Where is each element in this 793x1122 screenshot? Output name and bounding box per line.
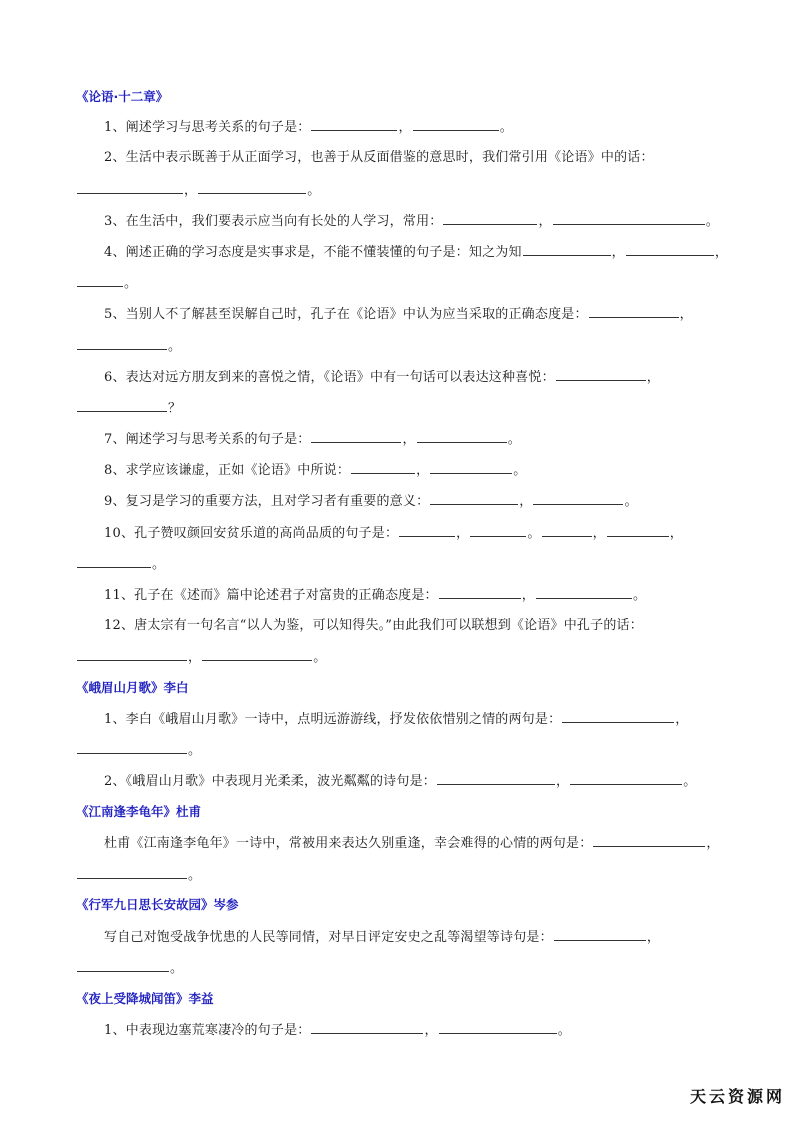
answer-blank[interactable] [77, 555, 151, 568]
punct: ， [184, 183, 197, 198]
answer-blank[interactable] [198, 181, 306, 194]
punct: ， [593, 526, 606, 541]
question-3: 3、在生活中，我们要表示应当向有长处的人学习，常用：，。 [104, 212, 719, 231]
question-6: 6、表达对远方朋友到来的喜悦之情，《论语》中有一句话可以表达这种喜悦：， [104, 368, 660, 387]
question-2: 2、生活中表示既善于从正面学习，也善于从反面借鉴的意思时，我们常引用《论语》中的… [104, 149, 654, 167]
answer-blank[interactable] [430, 492, 518, 505]
answer-blank[interactable] [77, 741, 187, 754]
answer-blank[interactable] [77, 399, 167, 412]
question-12-answers: ，。 [76, 648, 326, 667]
punct: 。 [558, 1023, 571, 1038]
question-8: 8、求学应该谦虚，正如《论语》中所说：，。 [104, 461, 526, 480]
answer-blank[interactable] [626, 243, 714, 256]
punct: ， [402, 432, 415, 447]
answer-blank[interactable] [589, 305, 679, 318]
question-text: 10、孔子赞叹颜回安贫乐道的高尚品质的句子是： [104, 526, 398, 541]
answer-blank[interactable] [77, 181, 183, 194]
punct: 。 [307, 183, 320, 198]
punct: ， [398, 120, 411, 135]
section-heading: 《夜上受降城闻笛》李益 [76, 990, 214, 1008]
answer-blank[interactable] [533, 492, 623, 505]
question-4-answers: 。 [76, 274, 137, 293]
answer-blank[interactable] [77, 866, 187, 879]
punct: ， [522, 588, 535, 603]
answer-blank[interactable] [77, 274, 123, 287]
answer-blank[interactable] [554, 928, 646, 941]
answer-blank[interactable] [570, 772, 682, 785]
question-6-answers: ？ [76, 399, 181, 418]
punct: 。 [513, 463, 526, 478]
question-10-answers: 。 [76, 555, 165, 574]
question-text: 8、求学应该谦虚，正如《论语》中所说： [104, 463, 350, 478]
punct: ， [519, 494, 532, 509]
answer-blank[interactable] [607, 524, 669, 537]
punct: ， [670, 526, 683, 541]
answer-blank[interactable] [399, 524, 455, 537]
punct: ， [424, 1023, 437, 1038]
punct: ， [680, 307, 693, 322]
answer-blank[interactable] [523, 243, 611, 256]
watermark-logo: 天云资源网 [690, 1084, 785, 1107]
punct: 。 [313, 650, 326, 665]
punct: ， [416, 463, 429, 478]
punct: 。 [124, 276, 137, 291]
answer-blank[interactable] [351, 461, 415, 474]
question-10: 10、孔子赞叹颜回安贫乐道的高尚品质的句子是：，。，， [104, 524, 683, 543]
answer-blank[interactable] [470, 524, 526, 537]
answer-blank[interactable] [437, 772, 555, 785]
answer-blank[interactable] [553, 212, 705, 225]
punct: ？ [168, 401, 181, 416]
answer-blank[interactable] [542, 524, 592, 537]
answer-blank[interactable] [311, 1021, 423, 1034]
question-text: 12、唐太宗有一句名言“以人为鉴，可以知得失。”由此我们可以联想到《论语》中孔子… [104, 618, 643, 633]
punct: 。 [633, 588, 646, 603]
punct: 。 [500, 120, 513, 135]
question-1-answers: 。 [76, 866, 201, 885]
question-text: 5、当别人不了解甚至误解自己时，孔子在《论语》中认为应当采取的正确态度是： [104, 307, 588, 322]
question-5: 5、当别人不了解甚至误解自己时，孔子在《论语》中认为应当采取的正确态度是：， [104, 305, 693, 324]
answer-blank[interactable] [562, 710, 674, 723]
section-heading: 《论语·十二章》 [76, 88, 168, 106]
question-9: 9、复习是学习的重要方法，且对学习者有重要的意义：，。 [104, 492, 638, 511]
question-text: 6、表达对远方朋友到来的喜悦之情，《论语》中有一句话可以表达这种喜悦： [104, 370, 555, 385]
punct: ， [647, 370, 660, 385]
punct: 。 [152, 557, 165, 572]
punct: 。 [527, 526, 540, 541]
answer-blank[interactable] [417, 430, 507, 443]
question-text: 1、中表现边塞荒寒凄冷的句子是： [104, 1023, 310, 1038]
section-heading: 《行军九日思长安故园》岑参 [76, 896, 239, 914]
question-4: 4、阐述正确的学习态度是实事求是，不能不懂装懂的句子是：知之为知，， [104, 243, 728, 262]
answer-blank[interactable] [77, 648, 187, 661]
question-text: 2、生活中表示既善于从正面学习，也善于从反面借鉴的意思时，我们常引用《论语》中的… [104, 150, 654, 165]
question-1: 1、中表现边塞荒寒凄冷的句子是：，。 [104, 1021, 571, 1040]
answer-blank[interactable] [413, 118, 499, 131]
question-12: 12、唐太宗有一句名言“以人为鉴，可以知得失。”由此我们可以联想到《论语》中孔子… [104, 617, 643, 635]
answer-blank[interactable] [77, 337, 167, 350]
question-text: 11、孔子在《述而》篇中论述君子对富贵的正确态度是： [104, 588, 438, 603]
punct: ， [706, 836, 719, 851]
answer-blank[interactable] [77, 959, 169, 972]
question-1: 1、阐述学习与思考关系的句子是：，。 [104, 118, 513, 137]
question-text: 9、复习是学习的重要方法，且对学习者有重要的意义： [104, 494, 429, 509]
section-heading: 《峨眉山月歌》李白 [76, 679, 189, 697]
answer-blank[interactable] [439, 1021, 557, 1034]
punct: 。 [706, 214, 719, 229]
question-1-answers: 。 [76, 959, 183, 978]
question-2-answers: ，。 [76, 181, 320, 200]
answer-blank[interactable] [439, 586, 521, 599]
answer-blank[interactable] [311, 118, 397, 131]
answer-blank[interactable] [202, 648, 312, 661]
punct: 。 [624, 494, 637, 509]
question-1: 写自己对饱受战争忧患的人民等同情，对早日评定安史之乱等渴望等诗句是：， [104, 928, 660, 947]
question-2: 2、《峨眉山月歌》中表现月光柔柔，波光粼粼的诗句是：，。 [104, 772, 696, 791]
punct: ， [538, 214, 551, 229]
question-text: 2、《峨眉山月歌》中表现月光柔柔，波光粼粼的诗句是： [104, 774, 436, 789]
punct: 。 [683, 774, 696, 789]
question-text: 杜甫《江南逢李龟年》一诗中，常被用来表达久别重逢，幸会难得的心情的两句是： [104, 836, 592, 851]
answer-blank[interactable] [443, 212, 537, 225]
punct: 。 [170, 961, 183, 976]
document-page: 《论语·十二章》 1、阐述学习与思考关系的句子是：，。 2、生活中表示既善于从正… [0, 0, 793, 1122]
question-text: 4、阐述正确的学习态度是实事求是，不能不懂装懂的句子是：知之为知 [104, 245, 522, 260]
punct: ， [715, 245, 728, 260]
punct: ， [675, 712, 688, 727]
question-1-answers: 。 [76, 741, 201, 760]
punct: ， [456, 526, 469, 541]
question-text: 7、阐述学习与思考关系的句子是： [104, 432, 310, 447]
punct: ， [612, 245, 625, 260]
question-text: 3、在生活中，我们要表示应当向有长处的人学习，常用： [104, 214, 442, 229]
question-7: 7、阐述学习与思考关系的句子是：，。 [104, 430, 521, 449]
answer-blank[interactable] [430, 461, 512, 474]
punct: 。 [168, 339, 181, 354]
answer-blank[interactable] [556, 368, 646, 381]
question-text: 1、阐述学习与思考关系的句子是： [104, 120, 310, 135]
section-heading: 《江南逢李龟年》杜甫 [76, 803, 201, 821]
question-text: 1、李白《峨眉山月歌》一诗中，点明远游游线，抒发依依惜别之情的两句是： [104, 712, 561, 727]
answer-blank[interactable] [593, 834, 705, 847]
question-5-answers: 。 [76, 337, 181, 356]
question-11: 11、孔子在《述而》篇中论述君子对富贵的正确态度是：，。 [104, 586, 646, 605]
punct: ， [188, 650, 201, 665]
punct: 。 [508, 432, 521, 447]
question-1: 杜甫《江南逢李龟年》一诗中，常被用来表达久别重逢，幸会难得的心情的两句是：， [104, 834, 720, 853]
punct: 。 [188, 743, 201, 758]
punct: ， [556, 774, 569, 789]
question-text: 写自己对饱受战争忧患的人民等同情，对早日评定安史之乱等渴望等诗句是： [104, 930, 553, 945]
question-1: 1、李白《峨眉山月歌》一诗中，点明远游游线，抒发依依惜别之情的两句是：， [104, 710, 688, 729]
punct: ， [647, 930, 660, 945]
answer-blank[interactable] [311, 430, 401, 443]
punct: 。 [188, 868, 201, 883]
answer-blank[interactable] [536, 586, 632, 599]
